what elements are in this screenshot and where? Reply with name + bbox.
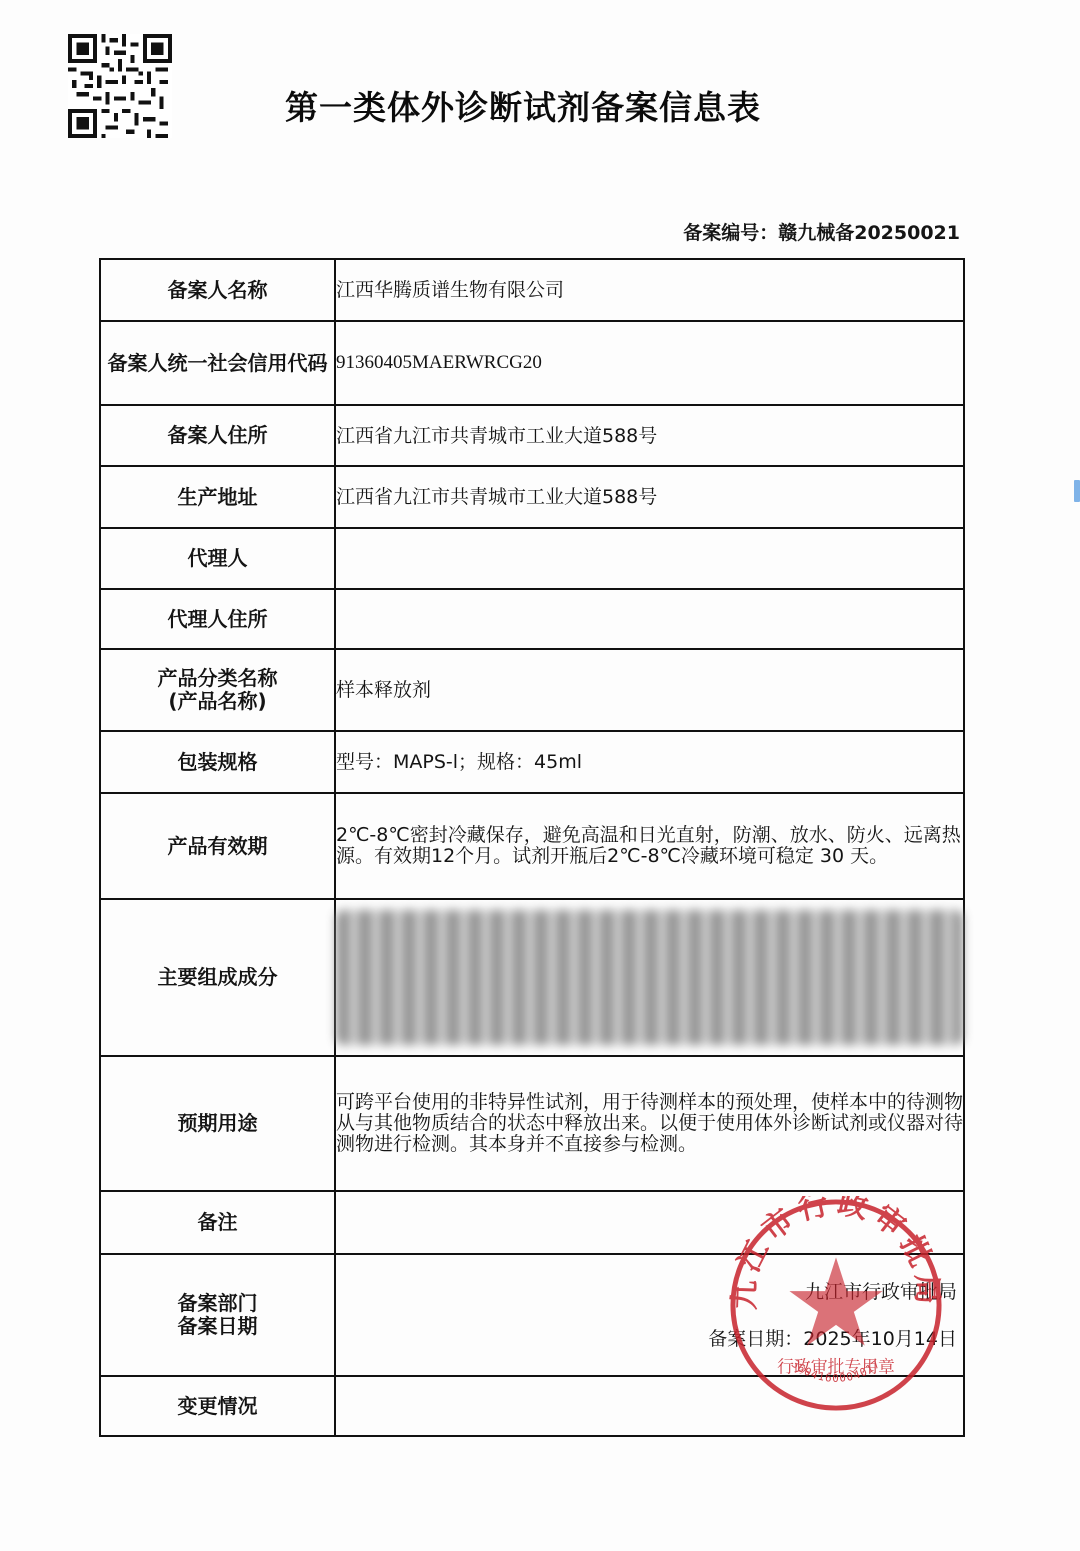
table-row: 预期用途 可跨平台使用的非特异性试剂，用于待测样本的预处理，使样本中的待测物从与… <box>100 1056 964 1191</box>
table-row: 主要组成成分 <box>100 899 964 1056</box>
table-row: 生产地址 江西省九江市共青城市工业大道588号 <box>100 466 964 528</box>
row-value: 可跨平台使用的非特异性试剂，用于待测样本的预处理，使样本中的待测物从与其他物质结… <box>335 1056 964 1191</box>
row-label: 包装规格 <box>100 731 335 793</box>
filing-date-value: 2025年10月14日 <box>803 1328 957 1350</box>
table-row: 变更情况 <box>100 1376 964 1436</box>
filing-date-label: 备案日期： <box>708 1328 803 1350</box>
document-title: 第一类体外诊断试剂备案信息表 <box>285 82 761 129</box>
filing-info-table: 备案人名称 江西华腾质谱生物有限公司 备案人统一社会信用代码 91360405M… <box>99 258 965 1437</box>
table-row: 备注 <box>100 1191 964 1254</box>
row-value: 91360405MAERWRCG20 <box>335 321 964 405</box>
row-label: 生产地址 <box>100 466 335 528</box>
qr-code-icon <box>67 34 173 138</box>
redacted-content <box>336 910 963 1045</box>
row-value: 江西省九江市共青城市工业大道588号 <box>335 405 964 466</box>
row-label: 备案人统一社会信用代码 <box>100 321 335 405</box>
row-value <box>335 1191 964 1254</box>
row-label: 代理人 <box>100 528 335 589</box>
row-value: 江西省九江市共青城市工业大道588号 <box>335 466 964 528</box>
record-number: 备案编号：赣九械备20250021 <box>683 218 960 245</box>
filing-department: 九江市行政审批局 <box>805 1281 957 1303</box>
row-label: 产品有效期 <box>100 793 335 899</box>
row-label-line: 备案日期 <box>101 1315 334 1338</box>
record-number-value: 赣九械备20250021 <box>778 222 960 244</box>
table-row: 代理人住所 <box>100 589 964 649</box>
row-label-line: (产品名称) <box>101 690 334 713</box>
row-value <box>335 1376 964 1436</box>
row-value-redacted <box>335 899 964 1056</box>
row-label: 代理人住所 <box>100 589 335 649</box>
row-value <box>335 528 964 589</box>
row-value: 2℃-8℃密封冷藏保存，避免高温和日光直射，防潮、放水、防火、远离热源。有效期1… <box>335 793 964 899</box>
row-value: 型号：MAPS-l；规格：45ml <box>335 731 964 793</box>
table-row: 产品有效期 2℃-8℃密封冷藏保存，避免高温和日光直射，防潮、放水、防火、远离热… <box>100 793 964 899</box>
filing-date: 备案日期：2025年10月14日 <box>708 1328 957 1350</box>
row-value: 江西华腾质谱生物有限公司 <box>335 259 964 321</box>
row-label-line: 备案部门 <box>101 1292 334 1315</box>
row-label: 备案人住所 <box>100 405 335 466</box>
row-label: 主要组成成分 <box>100 899 335 1056</box>
table-row: 备案人统一社会信用代码 91360405MAERWRCG20 <box>100 321 964 405</box>
row-label: 产品分类名称 (产品名称) <box>100 649 335 731</box>
row-label: 备案部门 备案日期 <box>100 1254 335 1376</box>
record-number-label: 备案编号： <box>683 222 778 244</box>
row-label-line: 产品分类名称 <box>101 667 334 690</box>
row-value: 样本释放剂 <box>335 649 964 731</box>
table-row: 包装规格 型号：MAPS-l；规格：45ml <box>100 731 964 793</box>
row-value: 九江市行政审批局 备案日期：2025年10月14日 <box>335 1254 964 1376</box>
table-row: 备案部门 备案日期 九江市行政审批局 备案日期：2025年10月14日 <box>100 1254 964 1376</box>
table-row: 备案人名称 江西华腾质谱生物有限公司 <box>100 259 964 321</box>
table-row: 备案人住所 江西省九江市共青城市工业大道588号 <box>100 405 964 466</box>
row-value <box>335 589 964 649</box>
row-label: 预期用途 <box>100 1056 335 1191</box>
table-row: 代理人 <box>100 528 964 589</box>
row-label: 备注 <box>100 1191 335 1254</box>
scroll-edge-marker <box>1074 480 1080 502</box>
table-row: 产品分类名称 (产品名称) 样本释放剂 <box>100 649 964 731</box>
row-label: 备案人名称 <box>100 259 335 321</box>
row-label: 变更情况 <box>100 1376 335 1436</box>
